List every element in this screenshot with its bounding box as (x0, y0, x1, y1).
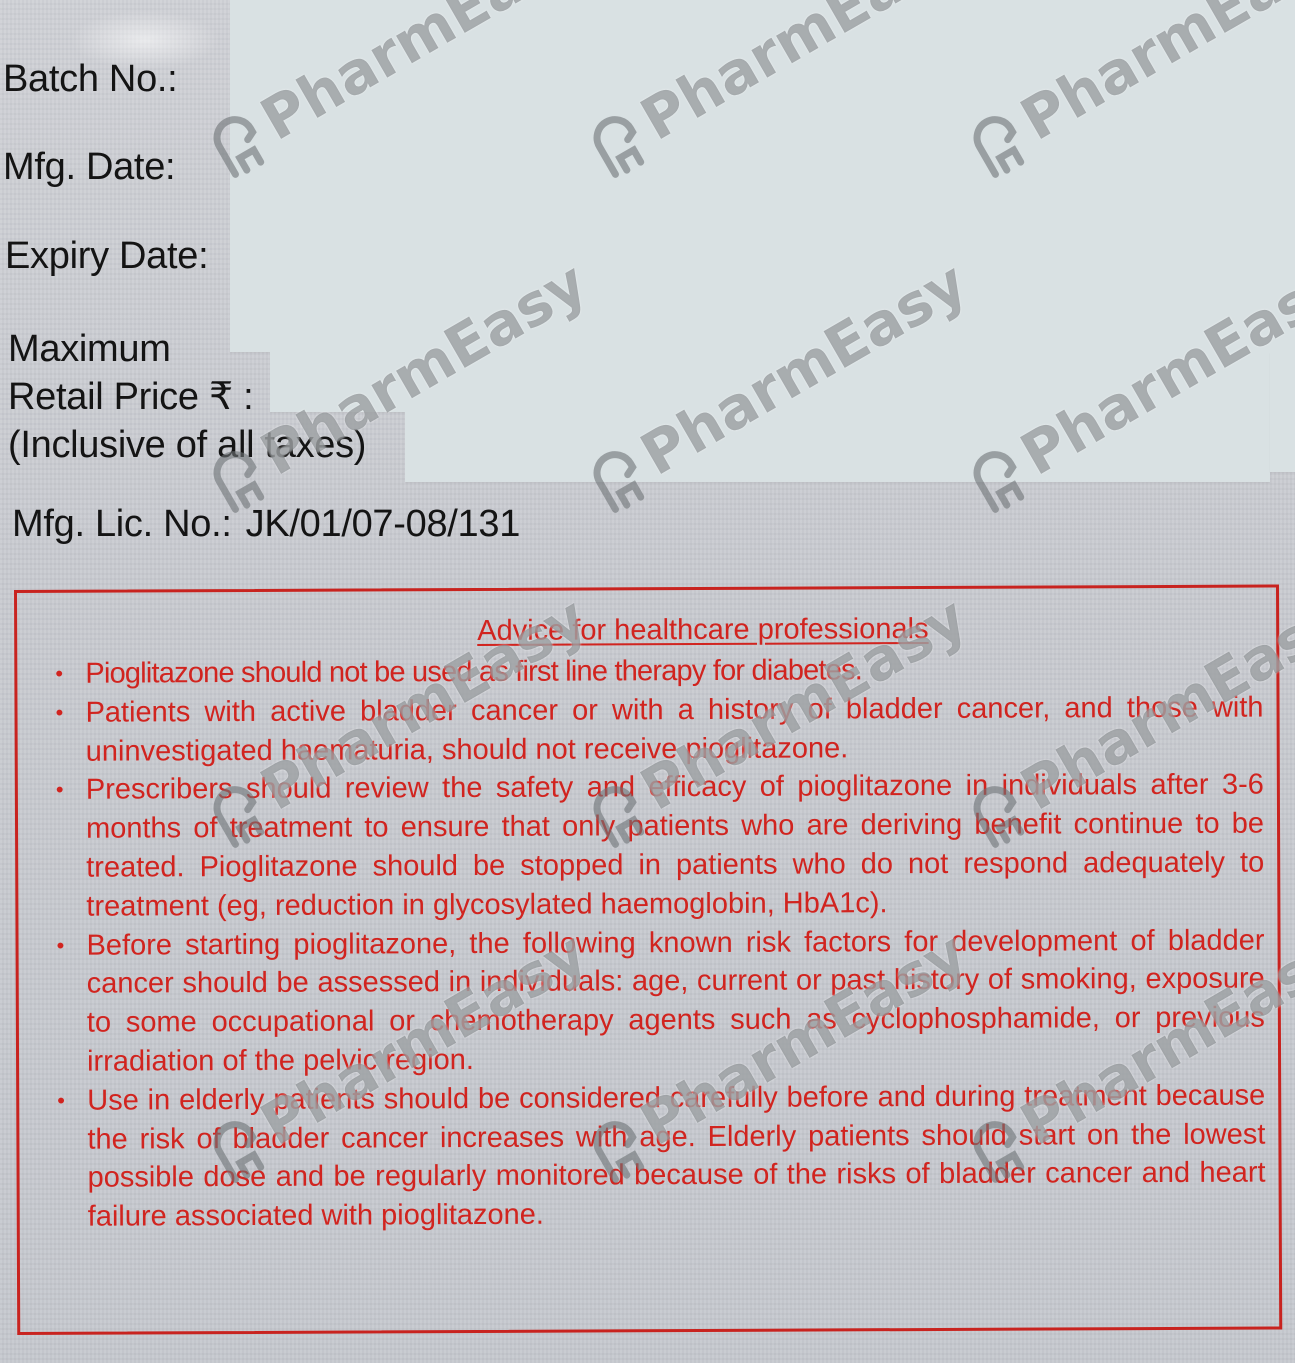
mfg-lic-value: JK/01/07-08/131 (246, 503, 520, 545)
bullet-icon: • (55, 694, 63, 733)
mrp-label-line2: Retail Price ₹ : (8, 373, 366, 421)
advice-title: Advice for healthcare professionals (477, 613, 928, 648)
batch-no-label: Batch No.: (3, 60, 177, 98)
advice-item-text: Before starting pioglitazone, the follow… (86, 924, 1264, 1078)
advice-item: • Patients with active bladder cancer or… (53, 688, 1263, 771)
price-sticker (405, 412, 1270, 482)
advice-item: • Before starting pioglitazone, the foll… (54, 921, 1265, 1081)
bullet-icon: • (55, 655, 62, 694)
mrp-label-line1: Maximum (8, 325, 366, 373)
mrp-label-line3: (Inclusive of all taxes) (8, 421, 366, 469)
price-sticker (230, 0, 1295, 352)
advice-item: • Pioglitazone should not be used as fir… (53, 650, 1263, 694)
advice-item-text: Prescribers should review the safety and… (86, 769, 1264, 923)
advice-item-text: Pioglitazone should not be used as first… (85, 654, 862, 689)
mfg-date-label: Mfg. Date: (3, 148, 175, 186)
mrp-label: Maximum Retail Price ₹ : (Inclusive of a… (8, 325, 366, 469)
advice-list: • Pioglitazone should not be used as fir… (53, 650, 1266, 1237)
advice-item-text: Use in elderly patients should be consid… (87, 1079, 1265, 1233)
mfg-lic: Mfg. Lic. No.:JK/01/07-08/131 (12, 505, 520, 543)
advice-item: • Prescribers should review the safety a… (54, 766, 1265, 926)
price-sticker (270, 352, 1295, 412)
advice-item-text: Patients with active bladder cancer or w… (85, 691, 1263, 767)
advice-item: • Use in elderly patients should be cons… (55, 1076, 1266, 1236)
bullet-icon: • (57, 1082, 65, 1121)
expiry-date-label: Expiry Date: (5, 237, 208, 275)
bullet-icon: • (56, 926, 64, 965)
bullet-icon: • (56, 771, 64, 810)
advice-box: Advice for healthcare professionals • Pi… (14, 584, 1282, 1335)
price-sticker (1270, 352, 1295, 472)
mfg-lic-label: Mfg. Lic. No.: (12, 503, 232, 545)
